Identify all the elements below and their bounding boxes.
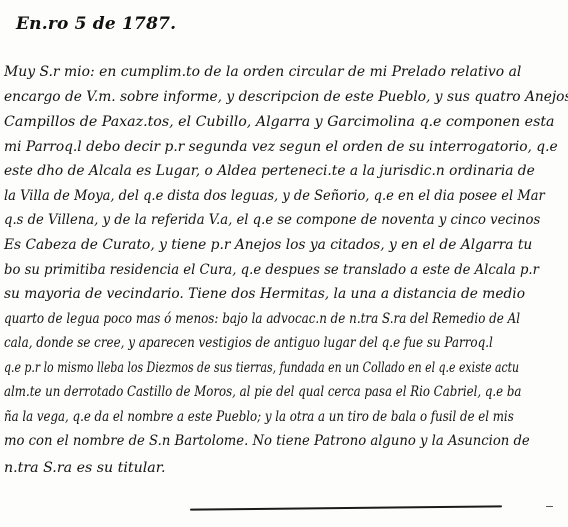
ink-mark <box>546 506 553 507</box>
manuscript-line: alm.te un derrotado Castillo de Moros, a… <box>4 382 521 402</box>
manuscript-page: En.ro 5 de 1787. Muy S.r mio: en cumplim… <box>0 0 568 527</box>
manuscript-line: Muy S.r mio: en cumplim.to de la orden c… <box>4 62 521 82</box>
manuscript-line: este dho de Alcala es Lugar, o Aldea per… <box>4 161 535 181</box>
document-date-heading: En.ro 5 de 1787. <box>16 14 176 34</box>
manuscript-line: su mayoria de vecindario. Tiene dos Herm… <box>4 284 525 304</box>
manuscript-line: Campillos de Paxaz.tos, el Cubillo, Alga… <box>4 112 555 132</box>
manuscript-line: cala, donde se cree, y aparecen vestigio… <box>4 333 493 353</box>
manuscript-line: q.e p.r lo mismo lleba los Diezmos de su… <box>4 358 519 378</box>
manuscript-line: ña la vega, q.e da el nombre a este Pueb… <box>4 407 514 427</box>
manuscript-line: bo su primitiba residencia el Cura, q.e … <box>4 260 539 280</box>
closing-flourish-rule <box>190 505 502 510</box>
manuscript-line: mo con el nombre de S.n Bartolome. No ti… <box>4 431 530 451</box>
manuscript-line: n.tra S.ra es su titular. <box>4 458 166 478</box>
manuscript-line: mi Parroq.l debo decir p.r segunda vez s… <box>4 137 558 157</box>
manuscript-line: quarto de legua poco mas ó menos: bajo l… <box>4 309 520 329</box>
manuscript-line: la Villa de Moya, del q.e dista dos legu… <box>4 186 545 206</box>
manuscript-line: q.s de Villena, y de la referida V.a, el… <box>4 210 540 230</box>
manuscript-line: encargo de V.m. sobre informe, y descrip… <box>4 87 568 107</box>
manuscript-line: Es Cabeza de Curato, y tiene p.r Anejos … <box>4 235 532 255</box>
